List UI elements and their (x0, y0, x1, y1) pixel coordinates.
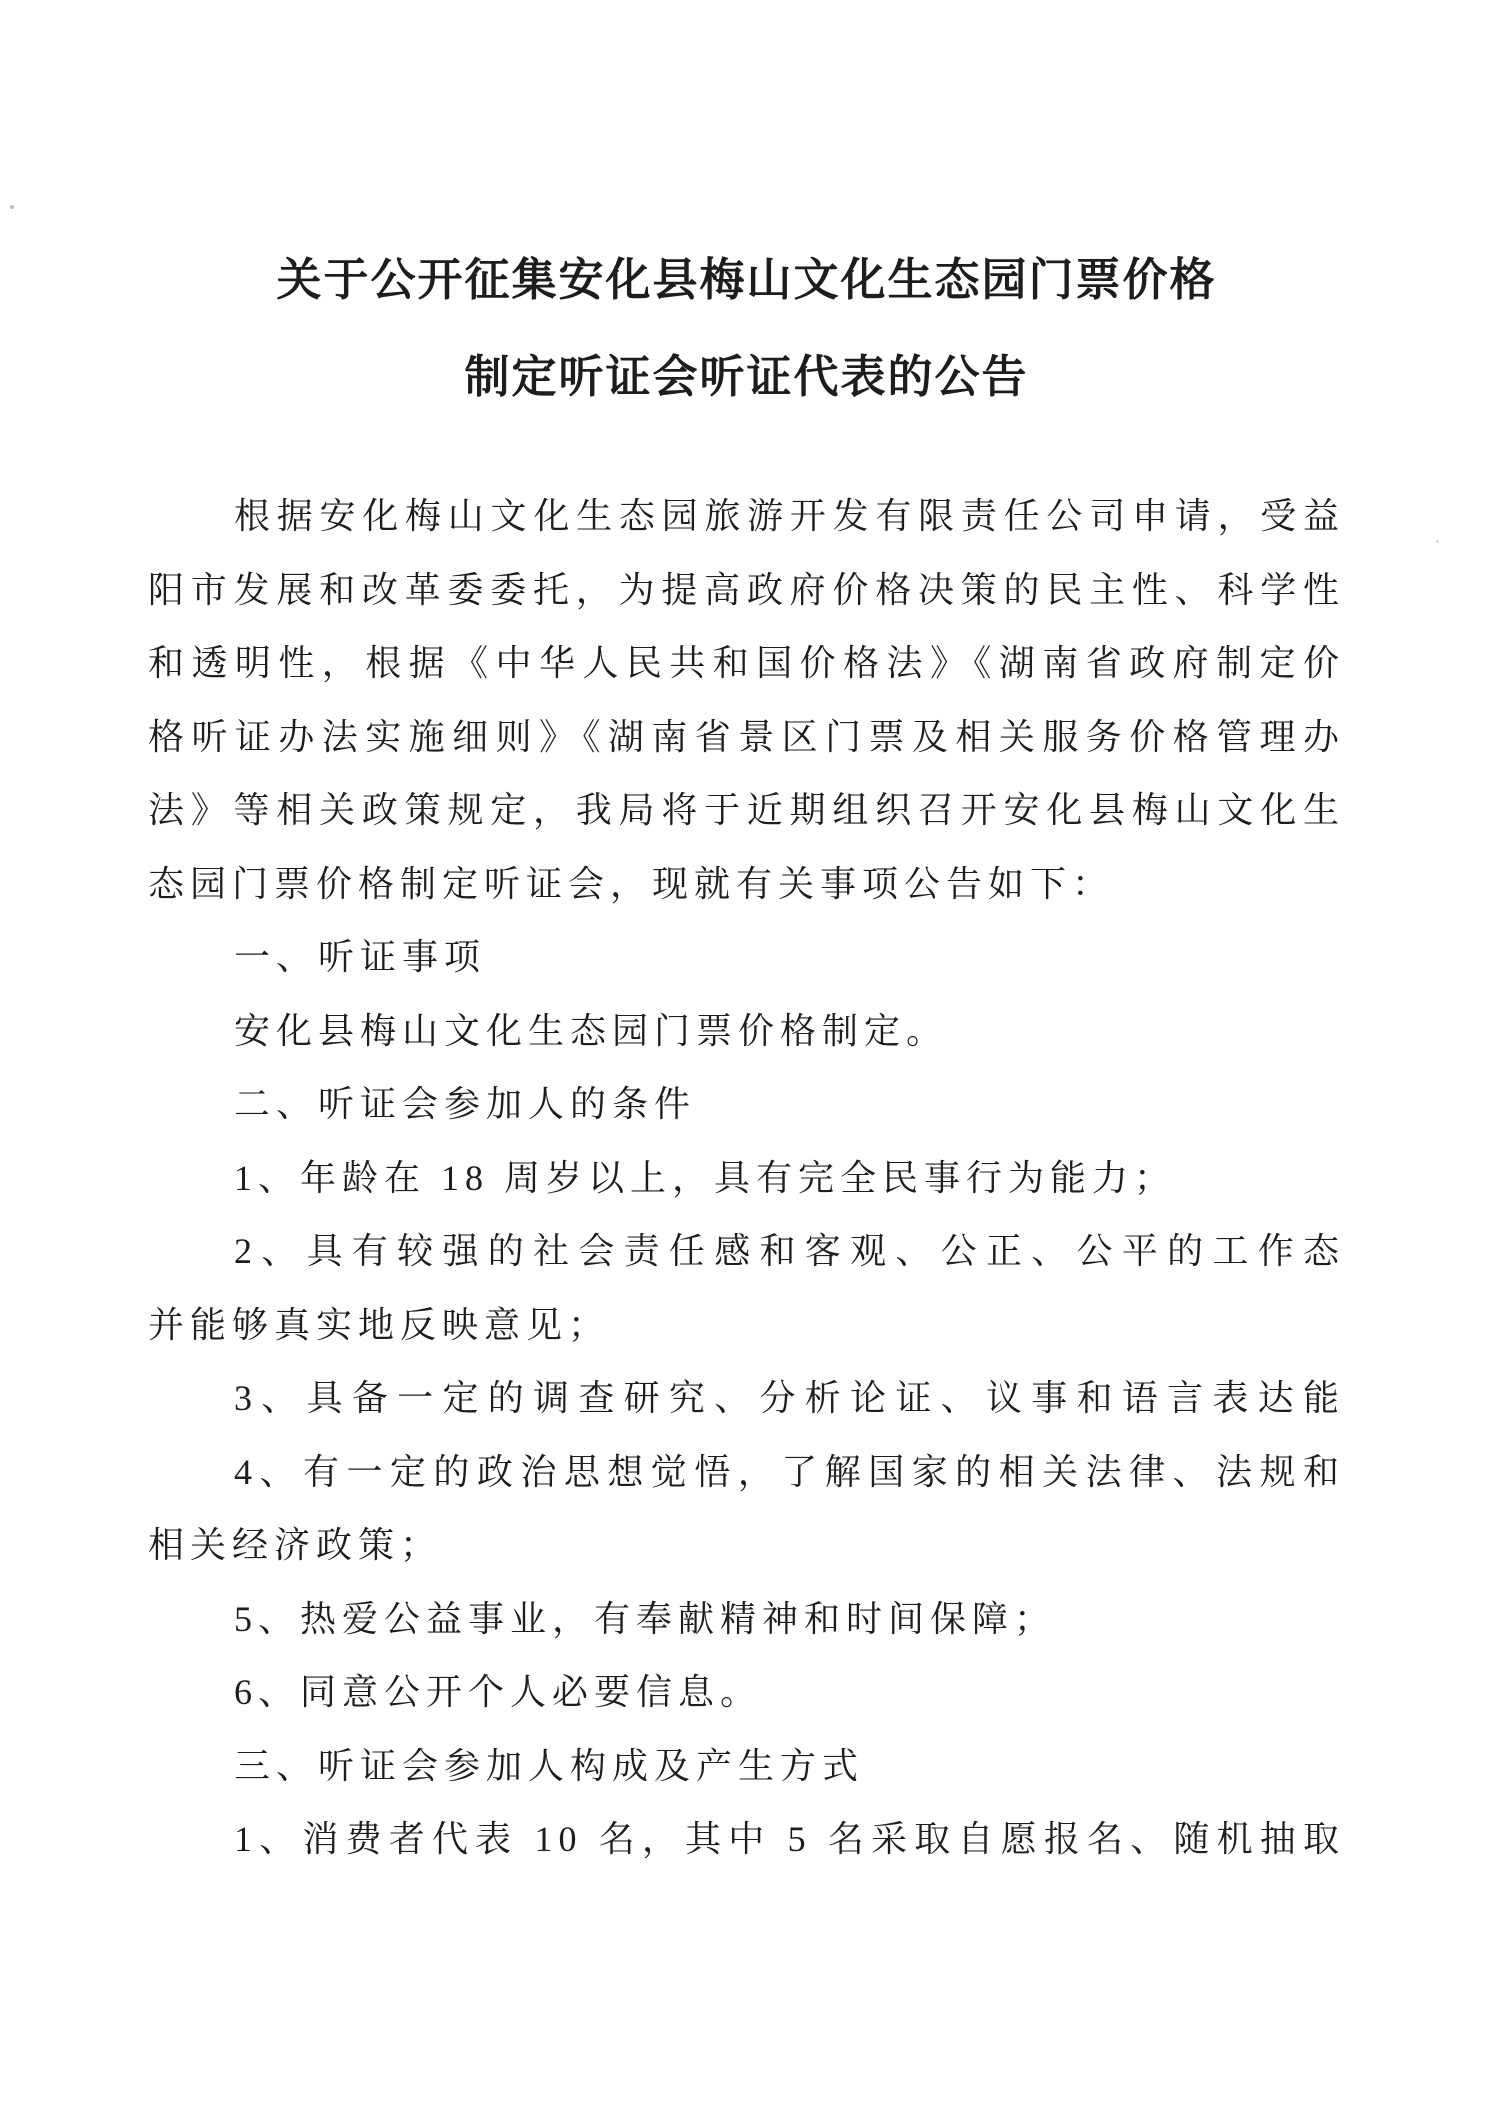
scan-artifact (1436, 540, 1439, 543)
document-body: 根据安化梅山文化生态园旅游开发有限责任公司申请，受益 阳市发展和改革委委托，为提… (148, 480, 1345, 1877)
scan-artifact (10, 205, 14, 209)
body-line: 一、听证事项 (148, 921, 1345, 995)
body-line: 格听证办法实施细则》《湖南省景区门票及相关服务价格管理办 (148, 701, 1345, 775)
body-line: 5、热爱公益事业，有奉献精神和时间保障； (148, 1583, 1345, 1657)
body-line: 4、有一定的政治思想觉悟，了解国家的相关法律、法规和 (148, 1436, 1345, 1510)
body-line: 安化县梅山文化生态园门票价格制定。 (148, 995, 1345, 1069)
body-line: 和透明性，根据《中华人民共和国价格法》《湖南省政府制定价 (148, 627, 1345, 701)
body-line: 6、同意公开个人必要信息。 (148, 1656, 1345, 1730)
body-line: 并能够真实地反映意见； (148, 1289, 1345, 1363)
document-title-line-2: 制定听证会听证代表的公告 (148, 329, 1345, 426)
body-line: 阳市发展和改革委委托，为提高政府价格决策的民主性、科学性 (148, 554, 1345, 628)
body-line: 相关经济政策； (148, 1509, 1345, 1583)
body-line: 1、消费者代表 10 名，其中 5 名采取自愿报名、随机抽取方 (148, 1803, 1345, 1877)
body-line: 法》等相关政策规定，我局将于近期组织召开安化县梅山文化生 (148, 774, 1345, 848)
body-line: 3、具备一定的调查研究、分析论证、议事和语言表达能力； (148, 1362, 1345, 1436)
document-page: 关于公开征集安化县梅山文化生态园门票价格 制定听证会听证代表的公告 根据安化梅山… (0, 0, 1487, 2102)
body-line: 根据安化梅山文化生态园旅游开发有限责任公司申请，受益 (148, 480, 1345, 554)
body-line: 态园门票价格制定听证会，现就有关事项公告如下： (148, 848, 1345, 922)
document-title: 关于公开征集安化县梅山文化生态园门票价格 制定听证会听证代表的公告 (148, 232, 1345, 426)
body-line: 二、听证会参加人的条件 (148, 1068, 1345, 1142)
body-line: 三、听证会参加人构成及产生方式 (148, 1730, 1345, 1804)
body-line: 1、年龄在 18 周岁以上，具有完全民事行为能力； (148, 1142, 1345, 1216)
document-title-line-1: 关于公开征集安化县梅山文化生态园门票价格 (148, 232, 1345, 329)
body-line: 2、具有较强的社会责任感和客观、公正、公平的工作态度， (148, 1215, 1345, 1289)
